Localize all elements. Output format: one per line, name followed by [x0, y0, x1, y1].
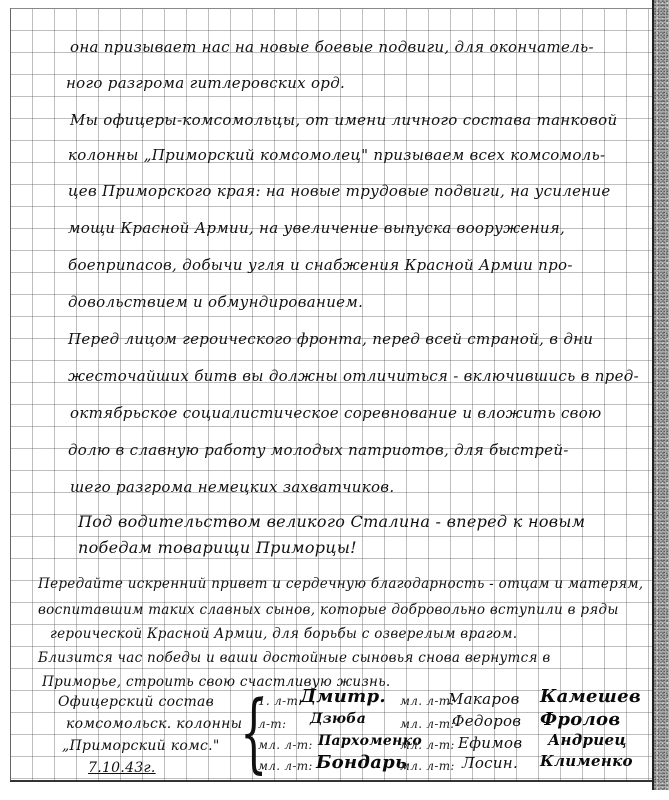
body-line: довольствием и обмундированием.	[68, 293, 363, 311]
rank-label: мл. л-т:	[400, 694, 455, 708]
body-line: цев Приморского края: на новые трудовые …	[68, 182, 611, 200]
body-line: Мы офицеры-комсомольцы, от имени личного…	[70, 111, 617, 129]
rank-label: мл. л-т:	[258, 738, 313, 752]
body-line: она призывает нас на новые боевые подвиг…	[70, 38, 594, 56]
signature-title: комсомольск. колонны	[66, 716, 242, 732]
body-line: Перед лицом героического фронта, перед в…	[68, 330, 593, 348]
greeting-line: воспитавшим таких славных сынов, которые…	[38, 602, 619, 618]
body-line: октябрьское социалистическое соревновани…	[70, 404, 602, 422]
body-line: шего разгрома немецких захватчиков.	[70, 478, 394, 496]
page-bottom-edge	[10, 780, 652, 782]
signature: Дзюба	[310, 711, 366, 727]
signature: Камешев	[540, 686, 641, 707]
body-line: мощи Красной Армии, на увеличение выпуск…	[68, 219, 565, 237]
slogan-line: победам товарищи Приморцы!	[78, 538, 357, 557]
signature-date: 7.10.43г.	[88, 760, 156, 776]
rank-label: 1. л-т:	[258, 694, 302, 708]
officer-name: Ефимов	[458, 734, 522, 752]
signature: Бондарь	[316, 752, 407, 773]
signature: Клименко	[540, 752, 633, 770]
rank-label: мл. л-т:	[400, 738, 455, 752]
rank-label: мл. л-т:	[400, 717, 455, 731]
officer-name: Лосин.	[462, 754, 518, 772]
greeting-line: героической Красной Армии, для борьбы с …	[50, 626, 517, 642]
officer-name: Макаров	[448, 690, 520, 708]
signature-title: „Приморский комс."	[62, 738, 220, 754]
signature: Дмитр.	[300, 686, 386, 707]
body-line: колонны „Приморский комсомолец" призывае…	[68, 146, 605, 164]
body-line: ного разгрома гитлеровских орд.	[66, 74, 345, 92]
body-line: жесточайших битв вы должны отличиться - …	[68, 367, 639, 385]
rank-label: мл. л-т:	[400, 759, 455, 773]
officer-name: Федоров	[452, 712, 521, 730]
scan-edge-margin	[652, 0, 669, 790]
greeting-line: Передайте искренний привет и сердечную б…	[38, 576, 643, 592]
signature: Фролов	[540, 709, 620, 730]
slogan-line: Под водительством великого Сталина - впе…	[78, 512, 585, 531]
rank-label: л-т:	[258, 717, 286, 731]
body-line: долю в славную работу молодых патриотов,…	[68, 441, 569, 459]
greeting-line: Близится час победы и ваши достойные сын…	[38, 650, 551, 666]
signature: Андриец	[548, 731, 627, 749]
signature-title: Офицерский состав	[58, 694, 214, 710]
body-line: боеприпасов, добычи угля и снабжения Кра…	[68, 256, 573, 274]
rank-label: мл. л-т:	[258, 759, 313, 773]
